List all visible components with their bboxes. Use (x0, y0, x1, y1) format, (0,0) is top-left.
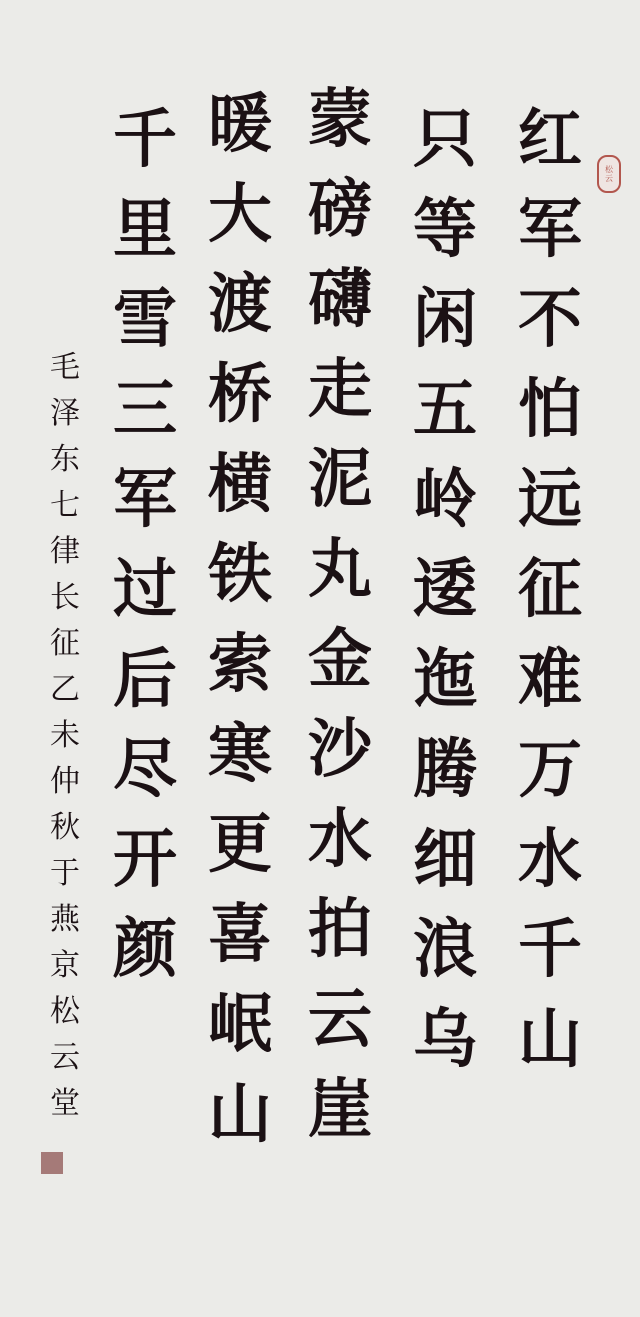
character: 暖 (190, 80, 290, 170)
character: 东 (42, 437, 88, 483)
character: 颜 (95, 905, 195, 995)
character: 崖 (290, 1065, 390, 1155)
character: 律 (42, 529, 88, 575)
seal-character: 云 (605, 174, 613, 183)
column-2: 只 等 闲 五 岭 逶 迤 腾 细 浪 乌 (395, 95, 495, 1085)
character: 云 (42, 1035, 88, 1081)
character: 三 (95, 365, 195, 455)
seal-bottom (41, 1152, 63, 1174)
character: 岷 (190, 980, 290, 1070)
character: 雪 (95, 275, 195, 365)
inscription-column: 毛 泽 东 七 律 长 征 乙 未 仲 秋 于 燕 京 松 云 堂 (42, 345, 88, 1127)
character: 山 (500, 995, 600, 1085)
character: 万 (500, 725, 600, 815)
character: 毛 (42, 345, 88, 391)
character: 过 (95, 545, 195, 635)
character: 沙 (290, 705, 390, 795)
character: 丸 (290, 525, 390, 615)
column-5: 千 里 雪 三 军 过 后 尽 开 颜 (95, 95, 195, 995)
character: 岭 (395, 455, 495, 545)
character: 等 (395, 185, 495, 275)
seal-top: 松 云 (597, 155, 621, 193)
character: 征 (42, 621, 88, 667)
character: 尽 (95, 725, 195, 815)
calligraphy-scroll: 红 军 不 怕 远 征 难 万 水 千 山 只 等 闲 五 岭 逶 迤 腾 细 … (0, 0, 640, 1317)
character: 只 (395, 95, 495, 185)
character: 开 (95, 815, 195, 905)
character: 水 (500, 815, 600, 905)
character: 里 (95, 185, 195, 275)
character: 松 (42, 989, 88, 1035)
character: 闲 (395, 275, 495, 365)
character: 征 (500, 545, 600, 635)
character: 千 (95, 95, 195, 185)
character: 桥 (190, 350, 290, 440)
character: 远 (500, 455, 600, 545)
character: 更 (190, 800, 290, 890)
character: 长 (42, 575, 88, 621)
character: 腾 (395, 725, 495, 815)
character: 于 (42, 851, 88, 897)
character: 浪 (395, 905, 495, 995)
character: 逶 (395, 545, 495, 635)
character: 山 (190, 1070, 290, 1160)
character: 军 (95, 455, 195, 545)
character: 不 (500, 275, 600, 365)
character: 大 (190, 170, 290, 260)
character: 走 (290, 345, 390, 435)
character: 燕 (42, 897, 88, 943)
character: 云 (290, 975, 390, 1065)
character: 难 (500, 635, 600, 725)
character: 京 (42, 943, 88, 989)
character: 乙 (42, 667, 88, 713)
character: 后 (95, 635, 195, 725)
character: 礴 (290, 255, 390, 345)
character: 索 (190, 620, 290, 710)
character: 横 (190, 440, 290, 530)
character: 未 (42, 713, 88, 759)
character: 军 (500, 185, 600, 275)
character: 喜 (190, 890, 290, 980)
character: 怕 (500, 365, 600, 455)
character: 拍 (290, 885, 390, 975)
column-3: 蒙 磅 礴 走 泥 丸 金 沙 水 拍 云 崖 (290, 75, 390, 1155)
column-4: 暖 大 渡 桥 横 铁 索 寒 更 喜 岷 山 (190, 80, 290, 1160)
character: 五 (395, 365, 495, 455)
character: 寒 (190, 710, 290, 800)
character: 铁 (190, 530, 290, 620)
character: 七 (42, 483, 88, 529)
character: 金 (290, 615, 390, 705)
character: 仲 (42, 759, 88, 805)
character: 堂 (42, 1081, 88, 1127)
character: 磅 (290, 165, 390, 255)
character: 渡 (190, 260, 290, 350)
character: 秋 (42, 805, 88, 851)
column-1: 红 军 不 怕 远 征 难 万 水 千 山 (500, 95, 600, 1085)
character: 乌 (395, 995, 495, 1085)
character: 细 (395, 815, 495, 905)
seal-character: 松 (605, 165, 613, 174)
character: 红 (500, 95, 600, 185)
character: 泽 (42, 391, 88, 437)
character: 迤 (395, 635, 495, 725)
character: 水 (290, 795, 390, 885)
character: 千 (500, 905, 600, 995)
character: 蒙 (290, 75, 390, 165)
character: 泥 (290, 435, 390, 525)
